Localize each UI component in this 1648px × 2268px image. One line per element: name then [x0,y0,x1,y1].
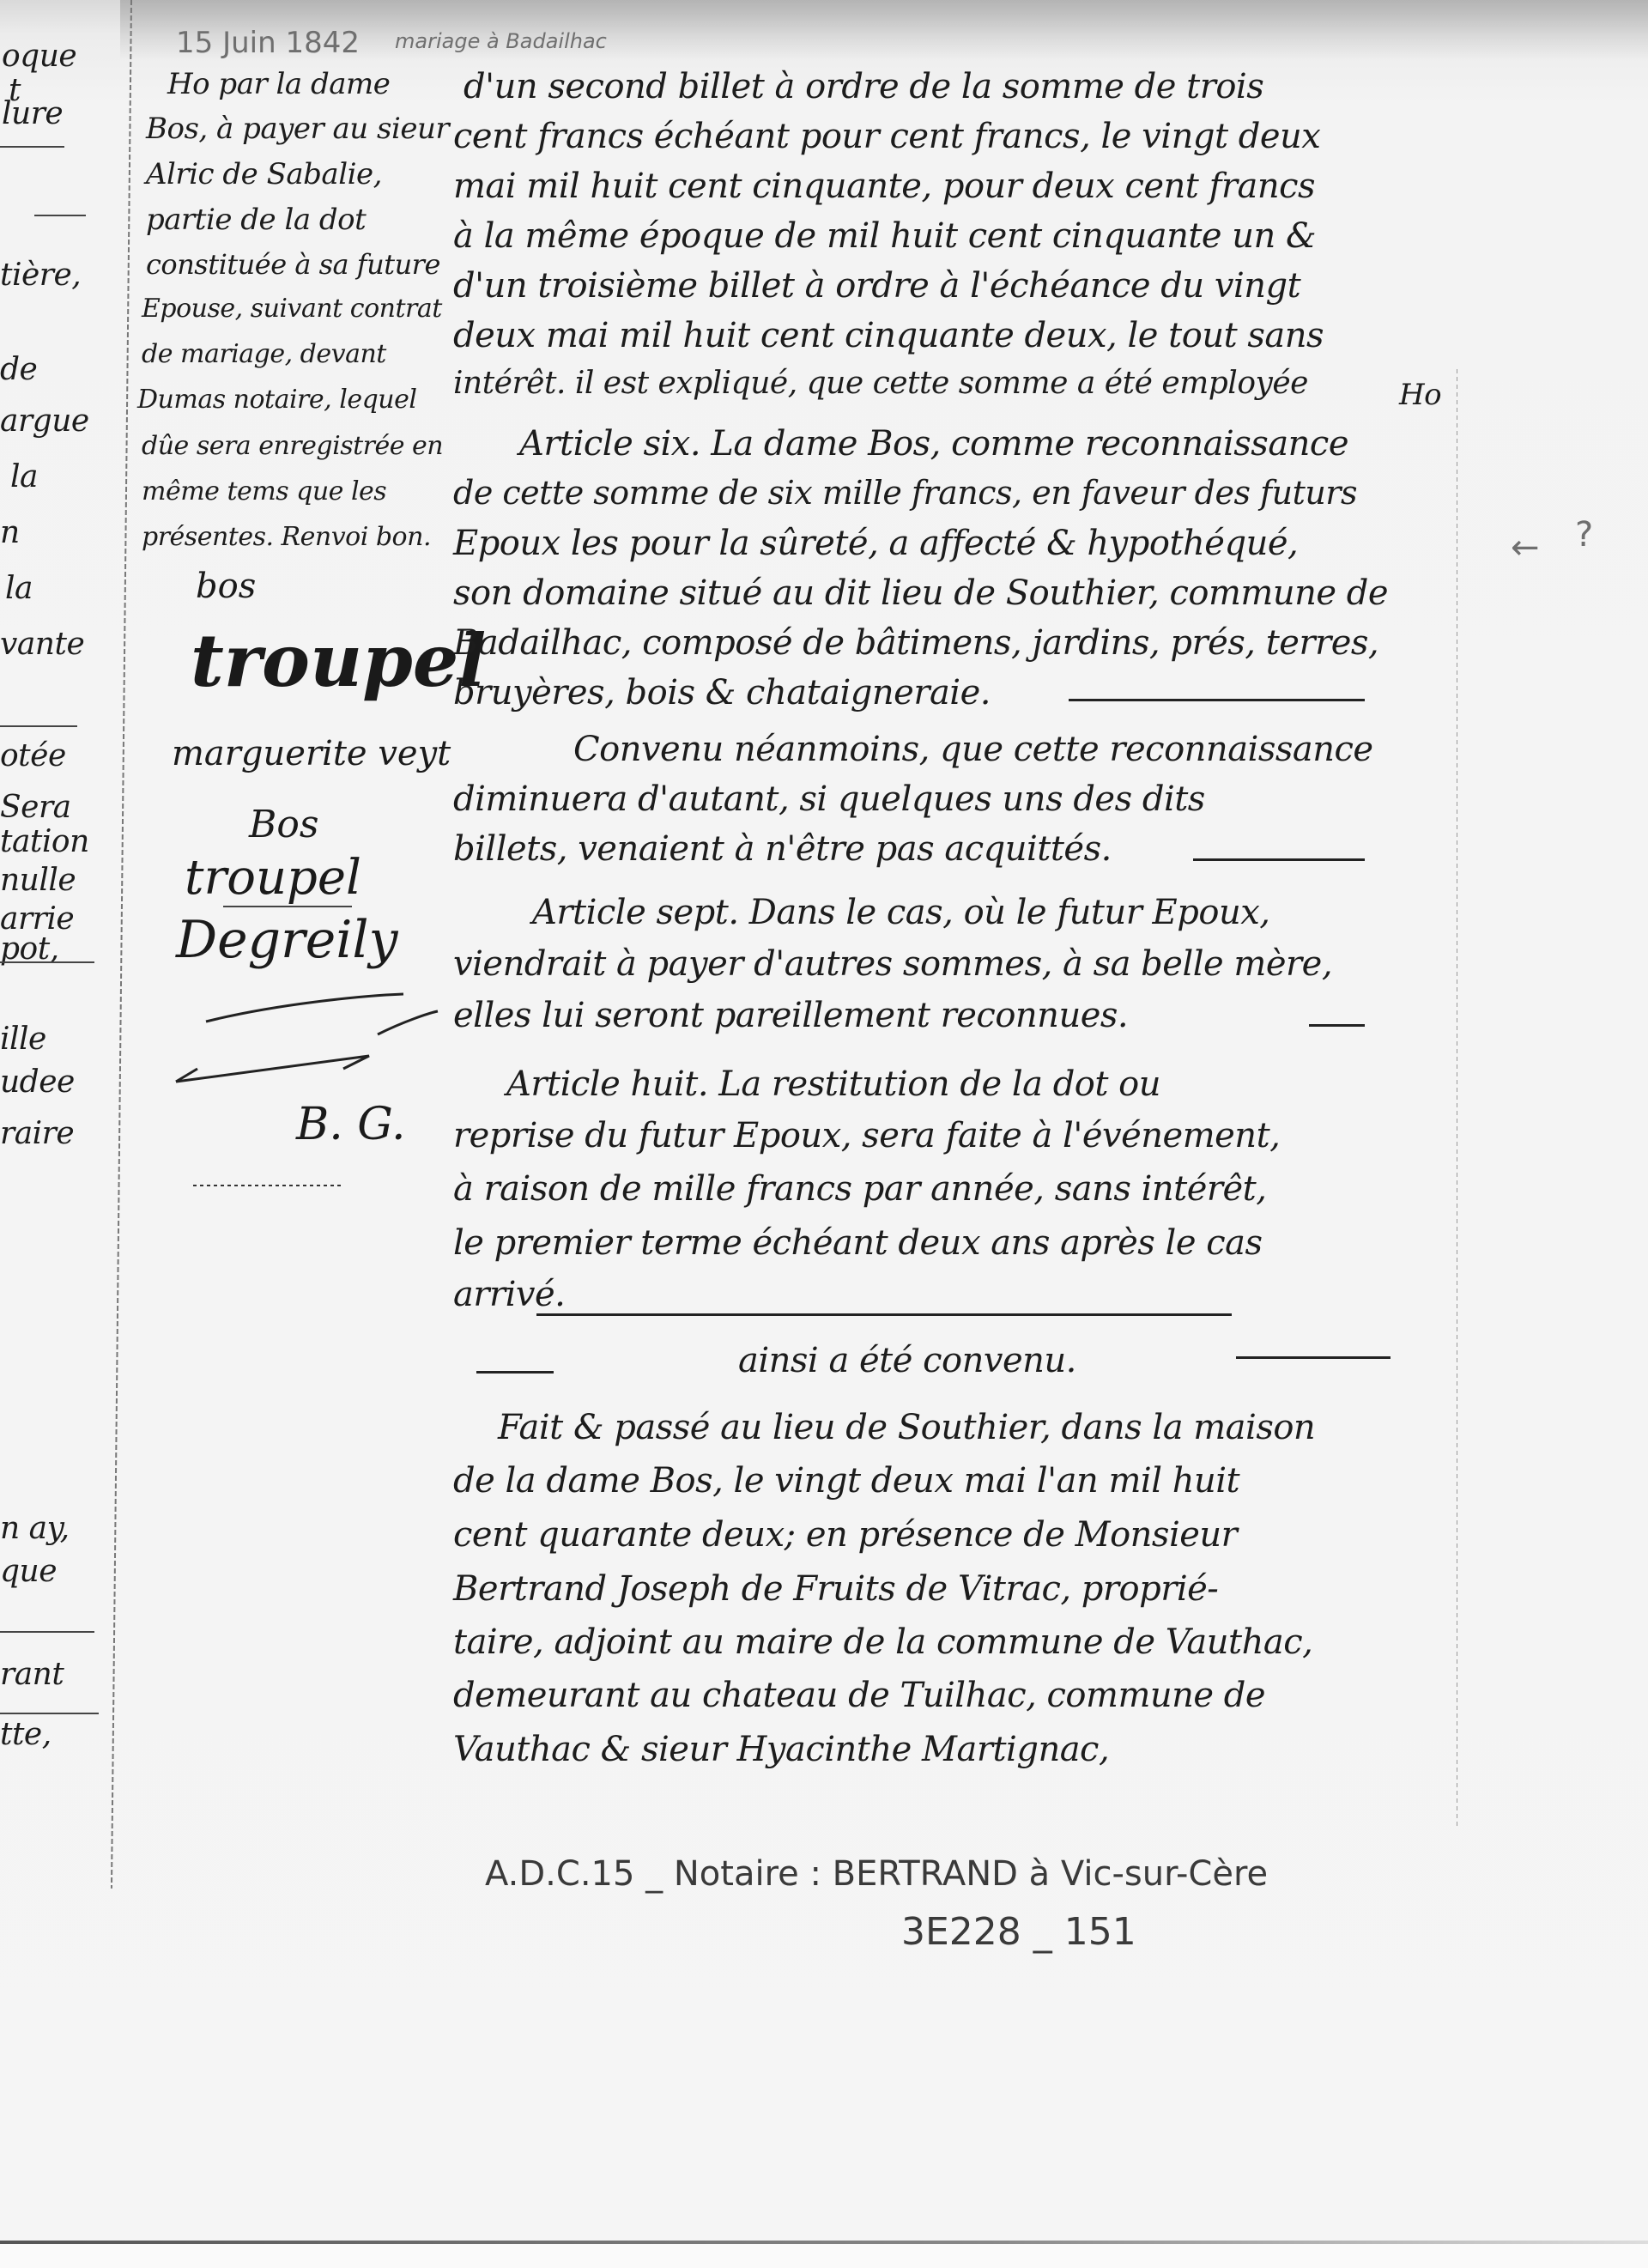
body-line: son domaine situé au dit lieu de Southie… [453,573,1388,613]
strip-fragment: nulle [0,863,76,898]
body-line: Fait & passé au lieu de Southier, dans l… [498,1408,1315,1447]
strip-fragment: la [10,459,38,494]
body-line: deux mai mil huit cent cinquante deux, l… [453,316,1324,355]
body-line: Epoux les pour la sûreté, a affecté & hy… [453,524,1298,563]
body-line: bruyères, bois & chataigneraie. [453,673,991,713]
signature-bos: bos [196,567,256,606]
body-line: Vauthac & sieur Hyacinthe Martignac, [453,1730,1109,1769]
signature-flourish-icon [172,987,446,1107]
body-line: mai mil huit cent cinquante, pour deux c… [453,167,1315,206]
strip-fragment: argue [0,403,89,439]
margin-note-line: dûe sera enregistrée en [142,431,443,461]
strip-fragment: ille [0,1022,46,1057]
body-line: Badailhac, composé de bâtimens, jardins,… [453,623,1378,663]
strip-dash [34,215,86,216]
margin-note-line: même tems que les [142,476,386,506]
margin-note-line: constituée à sa future [146,248,440,281]
strip-dash [0,1631,94,1633]
strip-fragment: tte, [0,1717,51,1752]
pencil-location-annotation: mariage à Badailhac [395,29,607,53]
strip-dash [0,725,77,727]
margin-note-line: Ho par la dame [167,67,390,101]
body-line: billets, venaient à n'être pas acquittés… [453,829,1112,869]
margin-note-line: de mariage, devant [142,339,386,369]
article-eight-heading: Article huit. La restitution de la dot o… [506,1064,1160,1104]
strip-fragment: Sera [0,790,71,825]
line-filler-dash [1069,699,1365,701]
strip-dash [0,961,94,963]
body-line: diminuera d'autant, si quelques uns des … [453,779,1205,819]
line-filler-dash [536,1313,1232,1316]
margin-note-line: Epouse, suivant contrat [142,294,442,324]
line-filler-dash [1236,1356,1390,1359]
strip-fragment: la [5,571,33,606]
right-margin-rule [1457,369,1457,1828]
margin-note-line: partie de la dot [146,203,366,237]
line-filler-dash [476,1371,554,1374]
signature-degreily: Degreily [176,910,398,970]
signature-marguerite-veyt: marguerite veyt [172,734,451,773]
strip-dash [0,1713,99,1714]
strip-fragment: oque [2,39,76,74]
margin-note-line: Alric de Sabalie, [146,157,382,191]
strip-fragment: n ay, [0,1511,70,1546]
article-seven-heading: Article sept. Dans le cas, où le futur E… [532,893,1269,932]
signature-dotted-line [193,1185,343,1186]
body-line: cent francs échéant pour cent francs, le… [453,117,1320,156]
body-line: de la dame Bos, le vingt deux mai l'an m… [453,1461,1239,1501]
body-line: reprise du futur Epoux, sera faite à l'é… [453,1116,1280,1155]
strip-fragment: tière, [0,258,81,293]
signature-bos-2: Bos [249,803,318,846]
strip-fragment: que [0,1554,57,1589]
closing-convenu-line: ainsi a été convenu. [738,1341,1076,1380]
strip-fragment: raire [0,1116,74,1151]
signature-initials-bg: B. G. [296,1099,406,1150]
body-line: elles lui seront pareillement reconnues. [453,996,1128,1035]
strip-fragment: otée [0,738,66,773]
body-line: d'un troisième billet à ordre à l'échéan… [453,266,1300,306]
line-end-mark: Ho [1399,378,1441,412]
article-six-heading: Article six. La dame Bos, comme reconnai… [519,424,1348,464]
signature-underline [223,906,352,907]
signature-troupel-large: troupel [191,618,486,703]
scanner-bed [0,2244,1648,2268]
strip-fragment: de [0,352,37,387]
line-filler-dash [1193,858,1365,861]
strip-dash [0,146,64,148]
body-line: le premier terme échéant deux ans après … [453,1223,1263,1263]
body-line: d'un second billet à ordre de la somme d… [463,67,1263,106]
body-line: Bertrand Joseph de Fruits de Vitrac, pro… [453,1569,1218,1609]
body-line: taire, adjoint au maire de la commune de… [453,1622,1312,1662]
question-mark-icon: ? [1575,515,1593,555]
strip-fragment: rant [0,1657,64,1692]
body-line: viendrait à payer d'autres sommes, à sa … [453,944,1332,984]
body-line: demeurant au chateau de Tuilhac, commune… [453,1676,1265,1715]
body-line: à raison de mille francs par année, sans… [453,1169,1266,1209]
strip-fragment: n [0,515,20,550]
body-line: arrivé. [453,1275,565,1314]
line-filler-dash [1309,1024,1365,1027]
page-bottom-edge [0,2241,1648,2244]
body-line: de cette somme de six mille francs, en f… [453,474,1357,512]
signature-troupel-2: troupel [185,850,361,906]
strip-fragment: vante [0,627,84,662]
body-line: cent quarante deux; en présence de Monsi… [453,1515,1237,1555]
margin-note-line: Bos, à payer au sieur [146,112,449,146]
scanned-document-page: 15 Juin 1842 mariage à Badailhac oque t … [0,0,1648,2268]
left-arrow-icon: ← [1511,528,1540,567]
body-line: Convenu néanmoins, que cette reconnaissa… [573,730,1373,769]
body-line: à la même époque de mil huit cent cinqua… [453,216,1316,256]
margin-note-line: Dumas notaire, lequel [137,385,416,415]
strip-fragment: lure [2,96,63,131]
strip-fragment: tation [0,824,89,859]
margin-note-line: présentes. Renvoi bon. [142,522,431,552]
body-line: intérêt. il est expliqué, que cette somm… [453,366,1308,401]
archive-reference-line2: 3E228 _ 151 [901,1910,1136,1954]
pencil-date-annotation: 15 Juin 1842 [176,26,360,60]
left-margin-rule [111,0,132,1889]
strip-fragment: udee [0,1064,75,1100]
archive-reference-line1: A.D.C.15 _ Notaire : BERTRAND à Vic-sur-… [485,1854,1268,1894]
